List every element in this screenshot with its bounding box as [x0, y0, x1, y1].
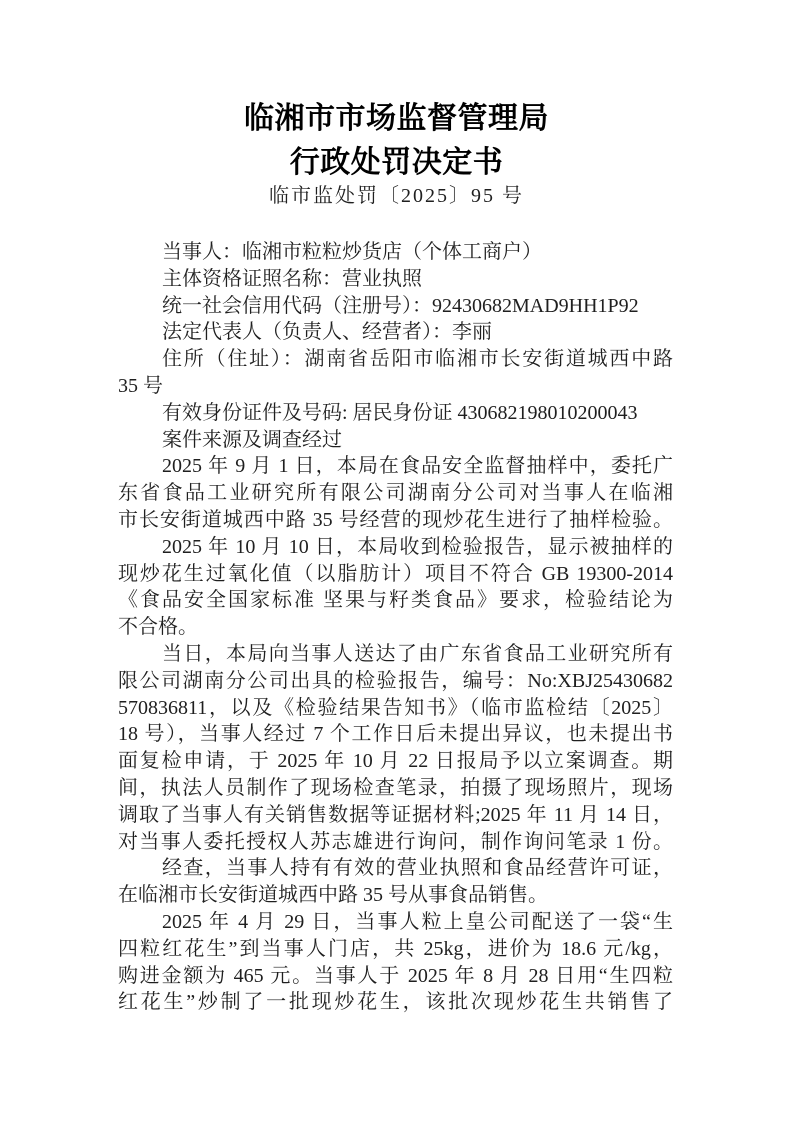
document-line: 市长安街道城西中路 35 号经营的现炒花生进行了抽样检验。 — [118, 507, 673, 534]
document-line: 570836811，以及《检验结果告知书》（临市监检结〔2025〕 — [118, 695, 673, 722]
document-line: 案件来源及调查经过 — [118, 427, 673, 454]
document-line: 面复检申请，于 2025 年 10 月 22 日报局予以立案调查。期 — [118, 748, 673, 775]
document-line: 法定代表人（负责人、经营者）：李丽 — [118, 319, 673, 346]
document-line: 对当事人委托授权人苏志雄进行询问，制作询问笔录 1 份。 — [118, 829, 673, 856]
document-line: 东省食品工业研究所有限公司湖南分公司对当事人在临湘 — [118, 480, 673, 507]
document-line: 调取了当事人有关销售数据等证据材料;2025 年 11 月 14 日， — [118, 802, 673, 829]
document-line: 2025 年 10 月 10 日，本局收到检验报告，显示被抽样的 — [118, 534, 673, 561]
document-line: 住所（住址）：湖南省岳阳市临湘市长安街道城西中路 — [118, 346, 673, 373]
document-line: 限公司湖南分公司出具的检验报告，编号：No:XBJ25430682 — [118, 668, 673, 695]
document-line: 购进金额为 465 元。当事人于 2025 年 8 月 28 日用“生四粒 — [118, 963, 673, 990]
document-line: 四粒红花生”到当事人门店，共 25kg，进价为 18.6 元/kg， — [118, 936, 673, 963]
document-line: 《食品安全国家标准 坚果与籽类食品》要求，检验结论为 — [118, 587, 673, 614]
document-line: 经查，当事人持有有效的营业执照和食品经营许可证， — [118, 855, 673, 882]
document-body: 当事人：临湘市粒粒炒货店（个体工商户）主体资格证照名称：营业执照统一社会信用代码… — [118, 239, 673, 1016]
document-line: 现炒花生过氧化值（以脂肪计）项目不符合 GB 19300-2014 — [118, 561, 673, 588]
document-line: 有效身份证件及号码: 居民身份证 430682198010200043 — [118, 400, 673, 427]
document-line: 2025 年 9 月 1 日，本局在食品安全监督抽样中，委托广 — [118, 453, 673, 480]
document-title: 临湘市市场监督管理局 行政处罚决定书 — [0, 97, 793, 185]
document-title-line-1: 临湘市市场监督管理局 — [0, 97, 793, 141]
document-line: 间，执法人员制作了现场检查笔录，拍摄了现场照片，现场 — [118, 775, 673, 802]
document-line: 不合格。 — [118, 614, 673, 641]
document-number: 临市监处罚〔2025〕95 号 — [0, 183, 793, 209]
document-line: 在临湘市长安街道城西中路 35 号从事食品销售。 — [118, 882, 673, 909]
document-line: 当日，本局向当事人送达了由广东省食品工业研究所有 — [118, 641, 673, 668]
document-line: 红花生”炒制了一批现炒花生，该批次现炒花生共销售了 — [118, 989, 673, 1016]
document-line: 35 号 — [118, 373, 673, 400]
document-title-line-2: 行政处罚决定书 — [0, 141, 793, 185]
document-line: 当事人：临湘市粒粒炒货店（个体工商户） — [118, 239, 673, 266]
document-line: 主体资格证照名称：营业执照 — [118, 266, 673, 293]
document-page: 临湘市市场监督管理局 行政处罚决定书 临市监处罚〔2025〕95 号 当事人：临… — [0, 0, 793, 1122]
document-line: 18 号），当事人经过 7 个工作日后未提出异议，也未提出书 — [118, 721, 673, 748]
document-line: 2025 年 4 月 29 日，当事人粒上皇公司配送了一袋“生 — [118, 909, 673, 936]
document-line: 统一社会信用代码（注册号）：92430682MAD9HH1P92 — [118, 293, 673, 320]
